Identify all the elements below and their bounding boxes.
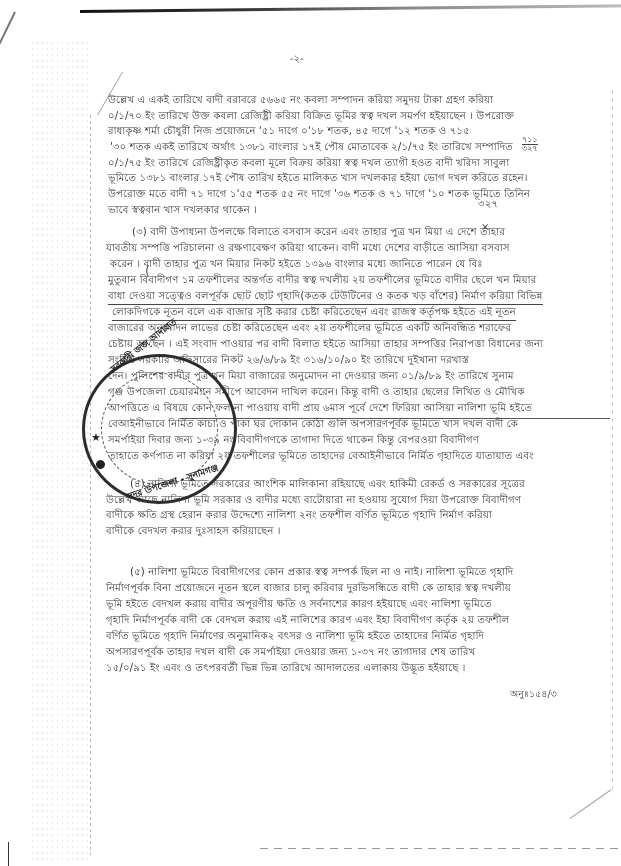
- official-seal-stamp: সরকারী জজ আদালত ★ সদর উপজেলা - সুনামগঞ্জ: [82, 354, 237, 504]
- margin-bracket: (: [145, 264, 150, 279]
- text-line: অপসারণপূর্বক তাহার দখল বাদী কে সমর্পাইয়…: [106, 646, 475, 659]
- underline-annotation: [180, 418, 610, 419]
- text-line: ভূমি হইতে বেদখল করায় বাদীর অপূরণীয় ক্ষ…: [106, 598, 492, 611]
- page-right-margin-line: [612, 90, 613, 790]
- text-line: রাধাকৃষ্ণ শর্মা চৌধুরী নিজ প্রয়োজনে '৫১…: [108, 125, 470, 138]
- text-line: ১৫/০/৯১ ইং এবং ও তৎপরবর্তী ভিন্ন ভিন্ন ত…: [106, 662, 466, 675]
- text-line: বাদীকে ক্ষতি গ্রস্থ হেরান করার উদ্দেশ্যে…: [106, 509, 492, 522]
- text-line: ভূমিতে ১৩৮১ বাংলার ১৭ই পৌষ তারিখ হইতে মা…: [108, 172, 528, 185]
- text-line: গৃহাদি নির্মাণপূর্বক বাদী কে বেদখল করায়…: [106, 614, 509, 627]
- page-number: -২-: [290, 52, 304, 69]
- text-line: যাবতীয় সম্পত্তি পরিচালনা ও রক্ষণাবেক্ষণ…: [106, 242, 510, 255]
- trailing-number: ৩২৭: [478, 198, 498, 211]
- continuation-mark: অনুঃ১৫৪/৩: [510, 688, 557, 703]
- text-line: '৩০ শতক একই তারিখে অর্থাৎ ১৩৮১ বাংলার ১৭…: [110, 141, 513, 154]
- text-line: (৫) নালিশা ভূমিতে বিবাদীগণের কোন প্রকার …: [130, 566, 513, 579]
- text-line: উপরোক্ত মতে বাদী ৭১ দাগে ১'৫৫ শতক ৫৫ নং …: [108, 188, 530, 201]
- page-fold-edge: [0, 12, 16, 121]
- text-line: বর্ণিত ভূমিতে গৃহাদি নির্মাণের অনুমানিক২…: [106, 630, 484, 643]
- text-line: (৩) বাদী উপাধ্যনা উপলক্ষে বিলাতে বসবাস ক…: [132, 226, 505, 239]
- text-line: বাধা দেওয়া সত্ত্বেও বলপূর্বক ছোট ছোট গৃ…: [108, 290, 543, 305]
- text-line: মুতুবান বিবাদীগণ ১ম তফশীলের অন্তর্গত বাদ…: [108, 274, 536, 287]
- text-line: বাদীকে বেদখল করার দুঃসাহস করিয়াছেন ।: [106, 525, 281, 538]
- ink-blot: [96, 460, 105, 469]
- fraction-annotation: ৭১১ ৩২৭: [522, 136, 538, 153]
- scan-artifact-line: [8, 842, 9, 866]
- page-bottom-edge: [260, 848, 621, 849]
- text-line: নির্মাণপূর্বক বিনা প্রয়োজনে নূতন স্থলে …: [106, 582, 511, 595]
- scanned-document-page: -২- উল্লেখ এ একই তারিখে বাদী বরাবরে ৫৬৬৫…: [0, 0, 621, 866]
- text-line: ভাবে স্বত্ববান খাস দখলকার থাকেন ।: [108, 204, 257, 217]
- page-curl: [570, 789, 612, 818]
- text-line: উল্লেখ এ একই তারিখে বাদী বরাবরে ৫৬৬৫ নং …: [108, 94, 493, 107]
- scan-noise: [30, 40, 90, 860]
- star-icon: ★: [91, 431, 101, 444]
- text-line: করেন । বাদী তাহার পুত্র খন মিয়ার নিকট হ…: [110, 258, 483, 271]
- page-left-margin-line: [90, 115, 91, 855]
- cross-mark: ×: [481, 222, 489, 233]
- fraction-denominator: ৩২৭: [522, 144, 538, 153]
- page-top-edge: [80, 4, 621, 13]
- fraction-numerator: ৭১১: [522, 136, 538, 144]
- text-line: ০/১/৭৫ ইং তারিখে রেজিষ্ট্রীকৃত কবলা মূলে…: [108, 157, 509, 170]
- text-line: ০/১/৭০ ইং তারিখে উক্ত কবলা রেজিষ্ট্রী কর…: [108, 110, 514, 123]
- text-line: চেষ্টায় আছেন । এই সংবাদ পাওয়ার পর বাদী…: [108, 338, 543, 351]
